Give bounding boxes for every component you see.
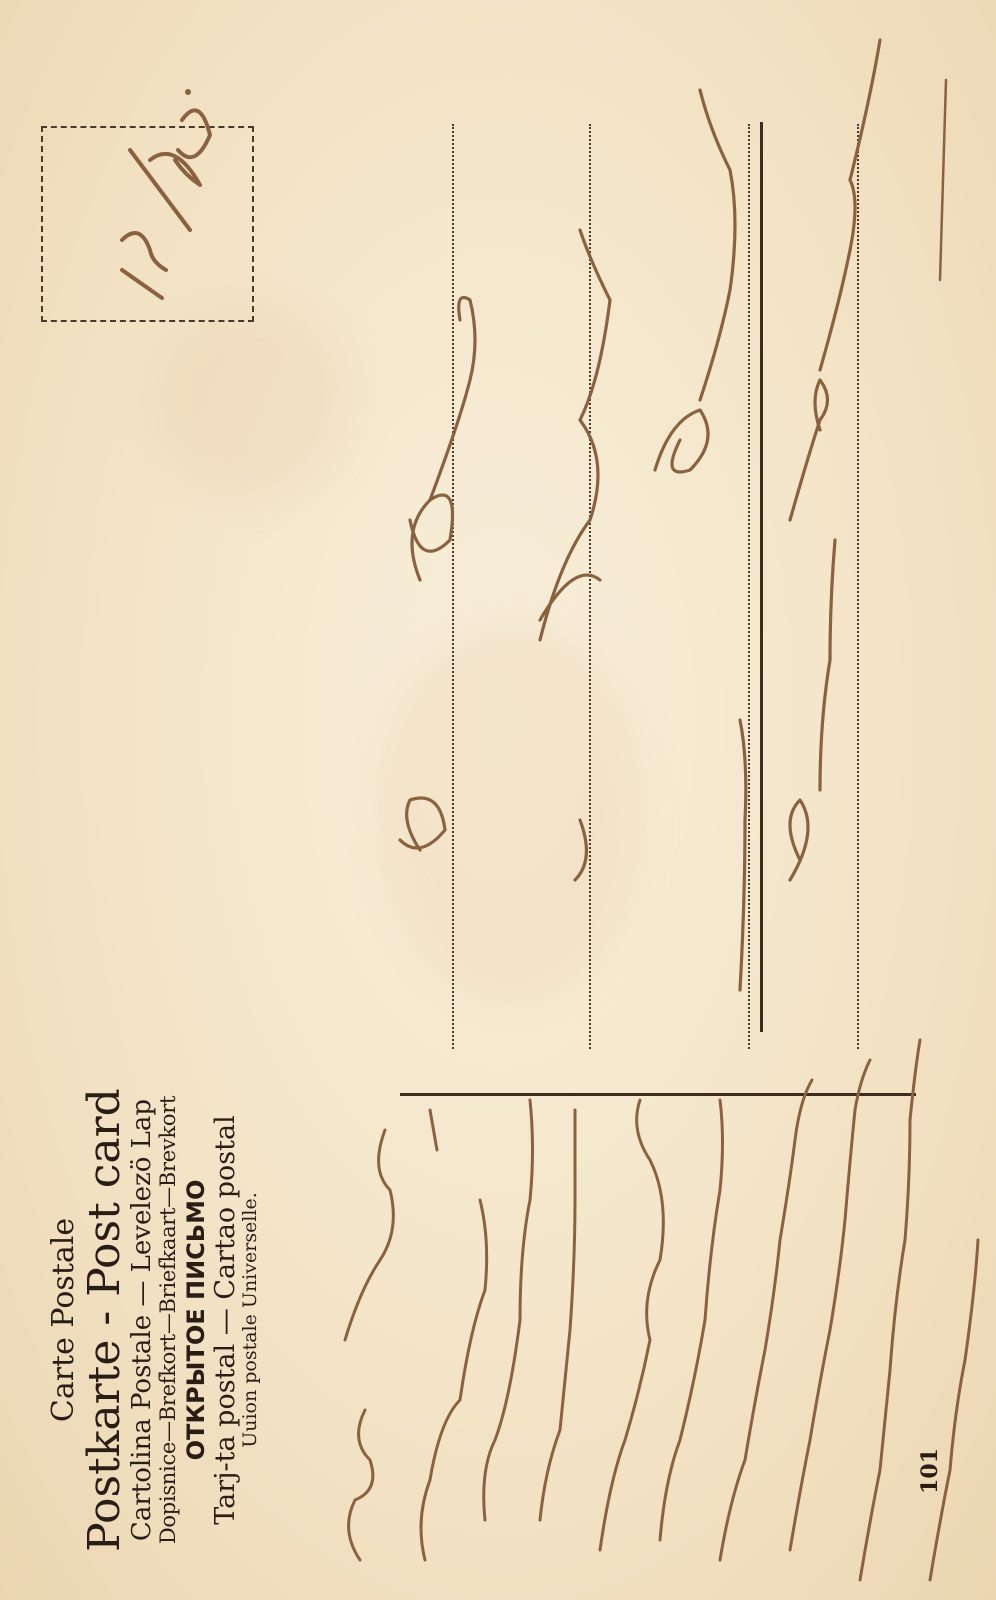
handwriting-ink: [0, 0, 996, 1600]
postcard-back: Carte Postale Postkarte - Post card Cart…: [0, 0, 996, 1600]
stamp-note-handwriting: [122, 89, 210, 298]
